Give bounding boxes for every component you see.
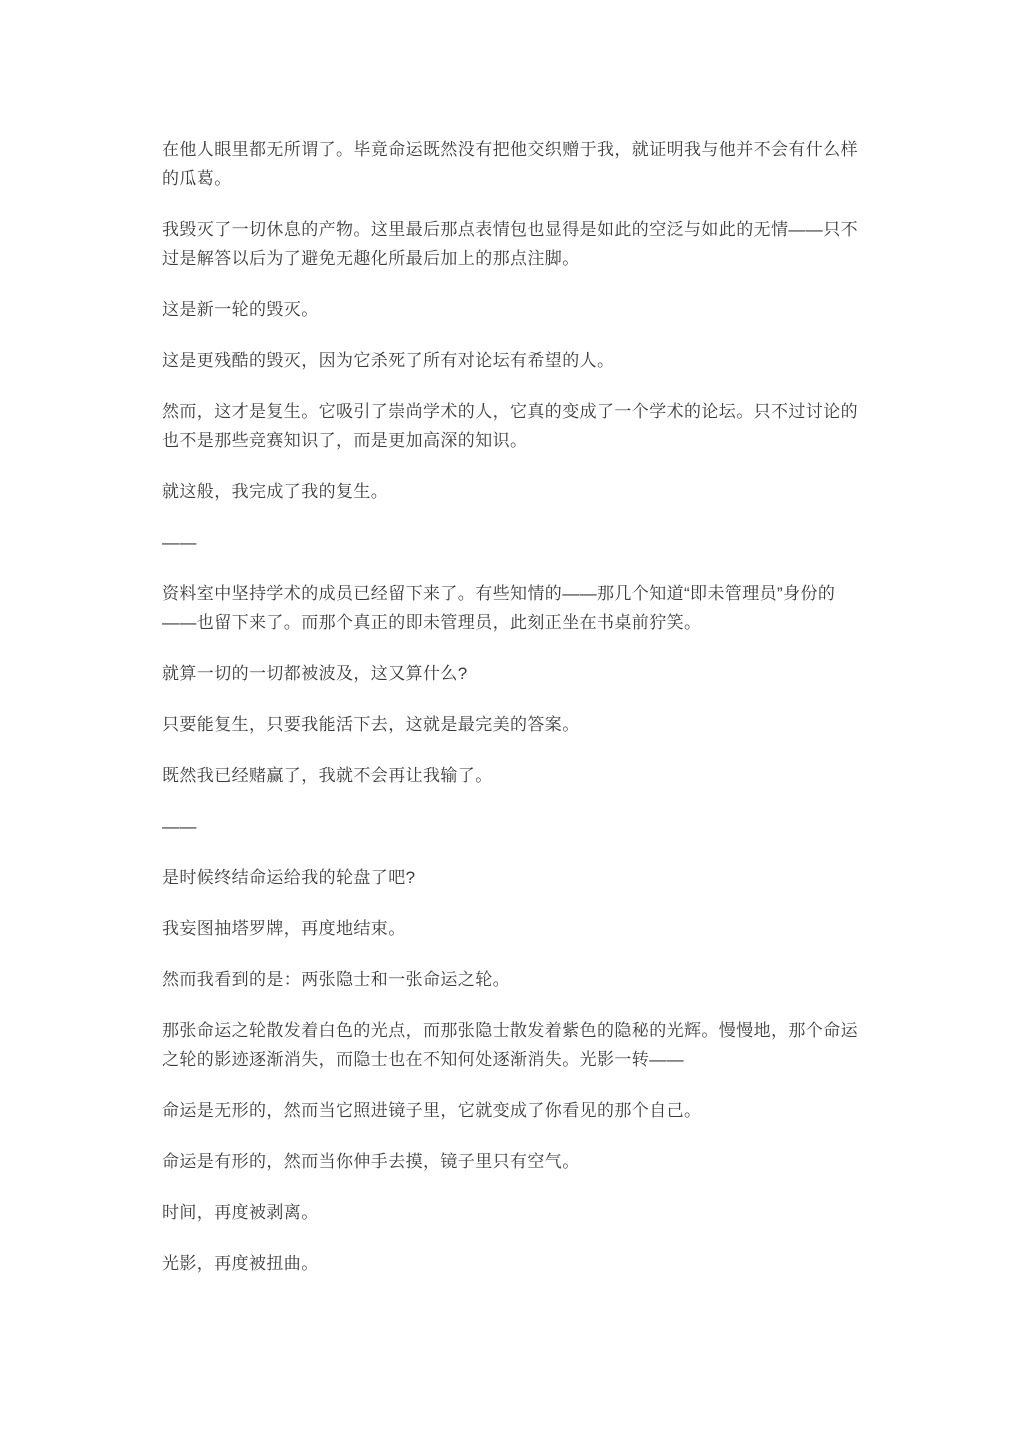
paragraph: 命运是无形的，然而当它照进镜子里，它就变成了你看见的那个自己。 [162, 1096, 862, 1125]
paragraph: 命运是有形的，然而当你伸手去摸，镜子里只有空气。 [162, 1147, 862, 1176]
paragraph: 然而我看到的是：两张隐士和一张命运之轮。 [162, 965, 862, 994]
paragraph: 我妄图抽塔罗牌，再度地结束。 [162, 914, 862, 943]
paragraph: 这是新一轮的毁灭。 [162, 295, 862, 324]
paragraph: —— [162, 528, 862, 557]
paragraph: —— [162, 812, 862, 841]
paragraph: 时间，再度被剥离。 [162, 1198, 862, 1227]
paragraph: 我毁灭了一切休息的产物。这里最后那点表情包也显得是如此的空泛与如此的无情——只不… [162, 215, 862, 273]
paragraph: 既然我已经赌赢了，我就不会再让我输了。 [162, 761, 862, 790]
paragraph: 光影，再度被扭曲。 [162, 1249, 862, 1278]
paragraph: 只要能复生，只要我能活下去，这就是最完美的答案。 [162, 710, 862, 739]
paragraph: 在他人眼里都无所谓了。毕竟命运既然没有把他交织赠于我，就证明我与他并不会有什么样… [162, 135, 862, 193]
paragraph: 资料室中坚持学术的成员已经留下来了。有些知情的——那几个知道“即未管理员”身份的… [162, 579, 862, 637]
paragraph: 就这般，我完成了我的复生。 [162, 477, 862, 506]
paragraph: 这是更残酷的毁灭，因为它杀死了所有对论坛有希望的人。 [162, 346, 862, 375]
paragraph: 是时候终结命运给我的轮盘了吧? [162, 863, 862, 892]
paragraph: 就算一切的一切都被波及，这又算什么? [162, 659, 862, 688]
paragraph: 那张命运之轮散发着白色的光点，而那张隐士散发着紫色的隐秘的光辉。慢慢地，那个命运… [162, 1016, 862, 1074]
paragraph: 然而，这才是复生。它吸引了崇尚学术的人，它真的变成了一个学术的论坛。只不过讨论的… [162, 397, 862, 455]
document-page: 在他人眼里都无所谓了。毕竟命运既然没有把他交织赠于我，就证明我与他并不会有什么样… [0, 0, 1024, 1434]
text-column: 在他人眼里都无所谓了。毕竟命运既然没有把他交织赠于我，就证明我与他并不会有什么样… [162, 135, 862, 1278]
